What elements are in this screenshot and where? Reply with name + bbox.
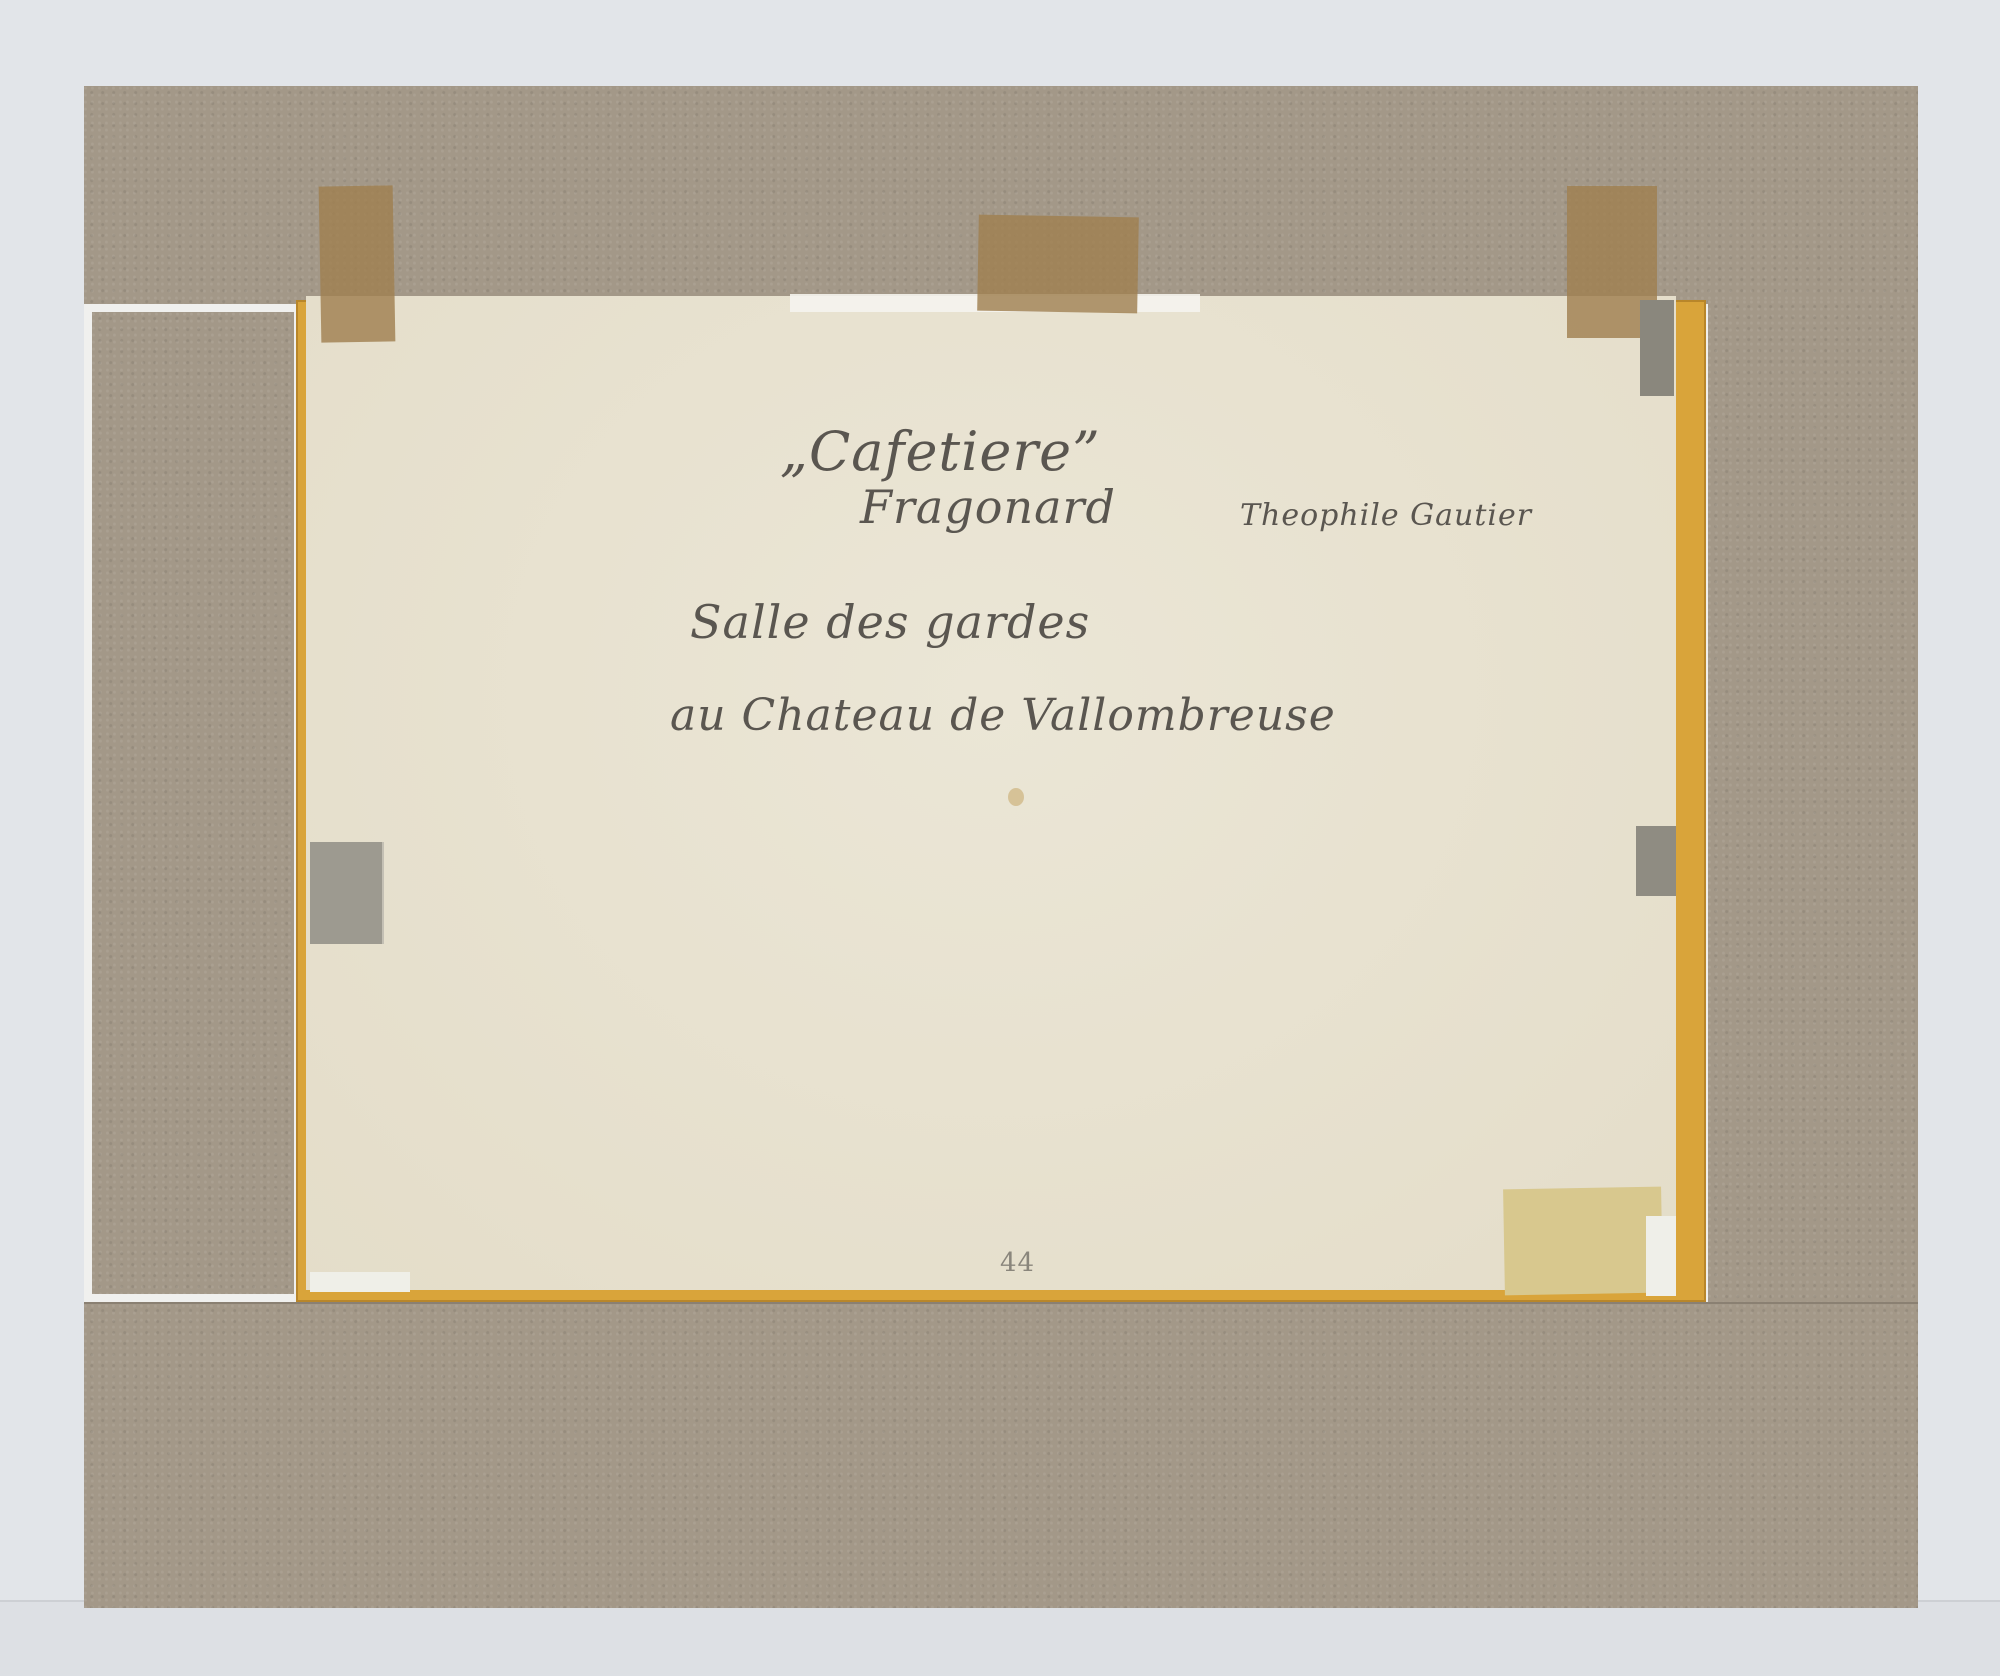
grey-board-left <box>92 312 294 1294</box>
inscription-line-1: Salle des gardes <box>690 595 1090 649</box>
inscription-title: „Cafetiere” <box>780 420 1101 483</box>
grey-board-bottom <box>84 1302 1918 1608</box>
tape-hinge-center <box>977 215 1139 314</box>
old-tape-right-middle <box>1636 826 1676 896</box>
old-tape-left <box>310 842 384 944</box>
inscription-author: Theophile Gautier <box>1240 498 1532 533</box>
white-tape-bottom-left <box>310 1272 410 1292</box>
inscription-line-2: au Chateau de Vallombreuse <box>670 690 1336 741</box>
inventory-number: 44 <box>1000 1248 1035 1278</box>
old-tape-right-top <box>1640 300 1674 396</box>
grey-board-right <box>1708 300 1918 1320</box>
foxing-stain <box>1008 788 1024 806</box>
wall-ledge <box>0 1600 2000 1676</box>
tape-hinge-left <box>319 185 396 342</box>
white-tape-bottom-right <box>1646 1216 1676 1296</box>
inscription-subtitle: Fragonard <box>860 480 1116 534</box>
yellowed-tape-bottom-right <box>1503 1187 1663 1296</box>
